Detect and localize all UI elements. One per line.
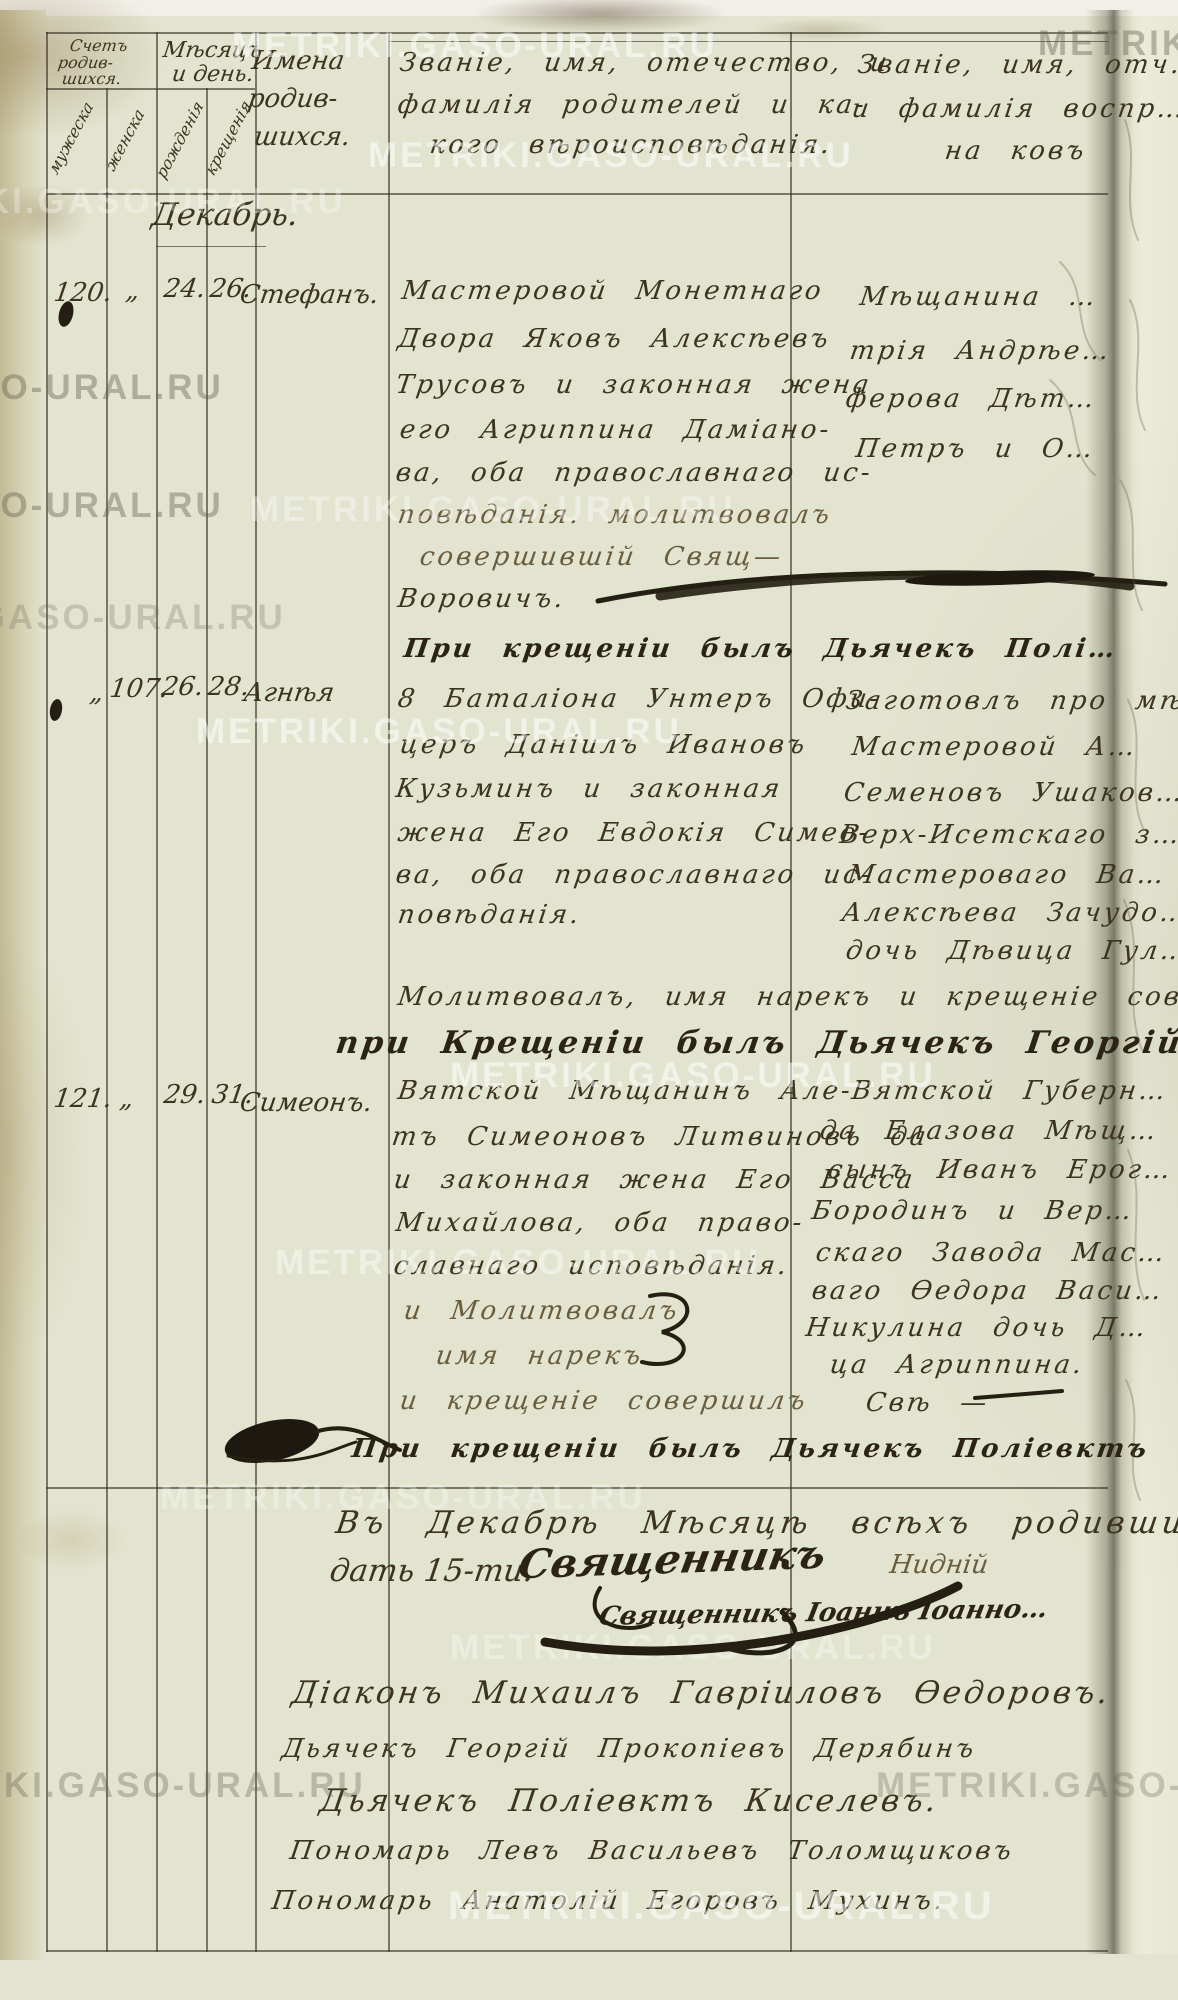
- record-3-godparents-line-4: Бородинъ и Вер…: [810, 1198, 1136, 1224]
- record-3-godparents-line-5: скаго Завода Мас…: [814, 1240, 1169, 1266]
- record-1-count-male: 120.: [52, 280, 114, 306]
- record-2-godparents-line-2: Мастеровой А…: [850, 734, 1139, 760]
- summary-priest-name-fragment: Нидній: [888, 1552, 990, 1578]
- record-3-godparents-line-9: Свѣ —: [864, 1390, 991, 1416]
- table-left-border: [46, 32, 48, 1952]
- priest-signature: Священникъ Іоаннъ Іоанно…: [597, 1596, 1050, 1630]
- record-3-note: При крещеніи былъ Дьячекъ Поліевктъ …: [350, 1436, 1178, 1462]
- record-1-parents-line-2: Двора Яковъ Алексѣевъ: [396, 326, 832, 352]
- header-parents-line-2: фамилія родителей и ка-: [396, 92, 868, 118]
- record-2-godparents-line-5: Мастероваго Ва…: [846, 862, 1168, 888]
- record-2-closing-line-2: при Крещеніи былъ Дьячекъ Георгій: [334, 1028, 1178, 1059]
- header-parents-line-1: Званіе, имя, отечество, и: [398, 50, 891, 76]
- record-3-parents-line-5: славнаго исповѣданія.: [392, 1253, 791, 1279]
- column-line-count-date: [156, 32, 158, 1952]
- record-2-godparents-line-3: Семеновъ Ушаков…: [842, 780, 1178, 806]
- record-2-godparents-line-6: Алексѣева Зачудо…: [840, 900, 1178, 926]
- record-1-note: При крещеніи былъ Дьячекъ Полі…: [402, 636, 1119, 662]
- record-2-day-birth: 26.: [160, 674, 205, 700]
- record-1-day-birth: 24.: [162, 276, 207, 302]
- record-2-parents-line-1: 8 Баталіона Унтеръ Офи-: [396, 686, 883, 712]
- record-1-parents-line-7: совершившій Свящ—: [418, 544, 785, 570]
- record-3-name: Симеонъ.: [238, 1090, 374, 1116]
- header-names-line-3: шихся.: [252, 124, 352, 150]
- record-1-godparents-line-3: ферова Дѣт…: [844, 386, 1098, 412]
- header-count-group-line-1: Счетъ: [69, 38, 129, 54]
- signature-ponomar-1: Пономарь Левъ Васильевъ Толомщиковъ: [288, 1838, 1016, 1864]
- summary-line-2: дать 15-ти.: [328, 1556, 536, 1587]
- header-names-line-1: Имена: [250, 48, 346, 74]
- record-2-name: Агнѣя: [242, 680, 336, 706]
- header-count-female: женска: [103, 106, 147, 174]
- record-1-parents-line-5: ва, оба православнаго ис-: [394, 460, 874, 486]
- record-1-parents-line-6: повѣданія. молитвовалъ: [396, 502, 834, 528]
- record-1-godparents-line-4: Петръ и О…: [854, 436, 1097, 462]
- record-2-closing-line-1: Молитвовалъ, имя нарекъ и крещеніе совер…: [396, 984, 1178, 1010]
- record-1-parents-line-1: Мастеровой Монетнаго: [400, 278, 825, 304]
- record-2-godparents-line-4: Верх-Исетскаго з…: [838, 822, 1178, 848]
- record-1-name: Стефанъ.: [238, 282, 380, 308]
- record-3-parents-line-8: и крещеніе совершилъ: [398, 1388, 809, 1414]
- scanner-background-top: [0, 0, 1178, 16]
- record-1-godparents-line-2: трія Андрѣе…: [848, 338, 1113, 364]
- record-3-parents-line-1: Вятской Мѣщанинъ Але-: [396, 1078, 854, 1104]
- record-2-parents-line-5: ва, оба православнаго ис-: [394, 862, 874, 888]
- record-3-parents-line-4: Михайлова, оба право-: [394, 1210, 806, 1236]
- record-1-parents-line-8: Воровичъ.: [396, 586, 567, 612]
- record-2-godparents-line-7: дочь Дѣвица Гул…: [844, 938, 1178, 964]
- record-2-count-male: „: [88, 680, 105, 706]
- header-date-group-line-1: Мѣсяцъ: [161, 40, 263, 62]
- record-2-parents-line-3: Кузьминъ и законная: [394, 776, 784, 802]
- table-top-rule: [46, 32, 1108, 34]
- record-1-parents-line-4: его Агриппина Даміано-: [398, 417, 833, 443]
- record-3-godparents-line-3: сынъ Иванъ Ерог…: [826, 1157, 1175, 1183]
- record-3-godparents-line-1: Вятской Губерн…: [850, 1078, 1170, 1104]
- record-3-godparents-line-2: да Елазова Мѣщ…: [818, 1118, 1160, 1144]
- header-count-male: мужеска: [46, 99, 96, 178]
- record-2-godparents-line-1: Заготовлъ про мѣ…: [844, 688, 1178, 714]
- signature-ponomar-2: Пономарь Анатолій Егоровъ Мухинъ.: [270, 1888, 947, 1914]
- record-3-godparents-line-6: ваго Өедора Васи…: [810, 1278, 1166, 1304]
- record-1-count-female: „: [124, 278, 141, 304]
- subheader-rule: [46, 88, 255, 90]
- record-3-parents-line-7: имя нарекъ: [434, 1343, 645, 1369]
- signature-deacon: Діаконъ Михаилъ Гавріиловъ Өедоровъ.: [290, 1678, 1113, 1709]
- watermark: METRIKI.GASO-URAL.RU: [450, 1628, 936, 1668]
- header-godparents-line-2: и фамилія воспр…: [850, 96, 1178, 122]
- metrical-book-scan: Счетъ родив- шихся. Мѣсяцъ и день. мужес…: [0, 0, 1178, 2000]
- header-date-group-line-2: и день.: [170, 64, 255, 86]
- header-parents-line-3: кого вѣроисповѣданія.: [428, 132, 834, 158]
- record-2-parents-line-6: повѣданія.: [396, 902, 583, 928]
- signature-sexton-1: Дьячекъ Георгій Прокопіевъ Дерябинъ: [280, 1736, 978, 1762]
- header-godparents-line-3: на ковъ: [943, 138, 1088, 164]
- record-2-parents-line-2: церъ Даніилъ Ивановъ: [398, 732, 809, 758]
- month-underline: [156, 246, 266, 247]
- record-3-day-birth: 29.: [162, 1082, 207, 1108]
- table-top-rule-2: [388, 41, 1108, 42]
- record-3-count-female: „: [118, 1086, 135, 1112]
- header-godparents-line-1: Званіе, имя, отч…: [856, 52, 1178, 78]
- header-count-group-line-3: шихся.: [61, 71, 122, 87]
- column-line-date-names: [255, 32, 257, 1952]
- month-header: Декабрь.: [150, 200, 300, 231]
- watermark: METRIKI.GASO-URAL.RU: [0, 1766, 366, 1806]
- record-1-godparents-line-1: Мѣщанина …: [858, 284, 1100, 310]
- record-3-godparents-line-8: ца Агриппина.: [828, 1352, 1086, 1378]
- column-line-male-female: [106, 88, 108, 1952]
- header-date-birth: рожденія: [154, 98, 206, 182]
- paper-torn-left-edge: [0, 10, 46, 1960]
- column-line-names-parents: [388, 32, 390, 1952]
- column-line-birth-baptism: [206, 88, 208, 1952]
- record-3-godparents-line-7: Никулина дочь Д…: [804, 1315, 1150, 1341]
- record-2-parents-line-4: жена Его Евдокія Симео-: [396, 820, 872, 846]
- record-1-parents-line-3: Трусовъ и законная жена: [394, 372, 873, 398]
- record-3-count-male: 121.: [52, 1086, 114, 1112]
- signature-sexton-2: Дьячекъ Поліевктъ Киселевъ.: [318, 1786, 941, 1817]
- summary-priest-title: Священникъ: [515, 1535, 829, 1586]
- record-3-parents-line-6: и Молитвовалъ: [402, 1298, 681, 1324]
- header-names-line-2: родив-: [246, 86, 339, 112]
